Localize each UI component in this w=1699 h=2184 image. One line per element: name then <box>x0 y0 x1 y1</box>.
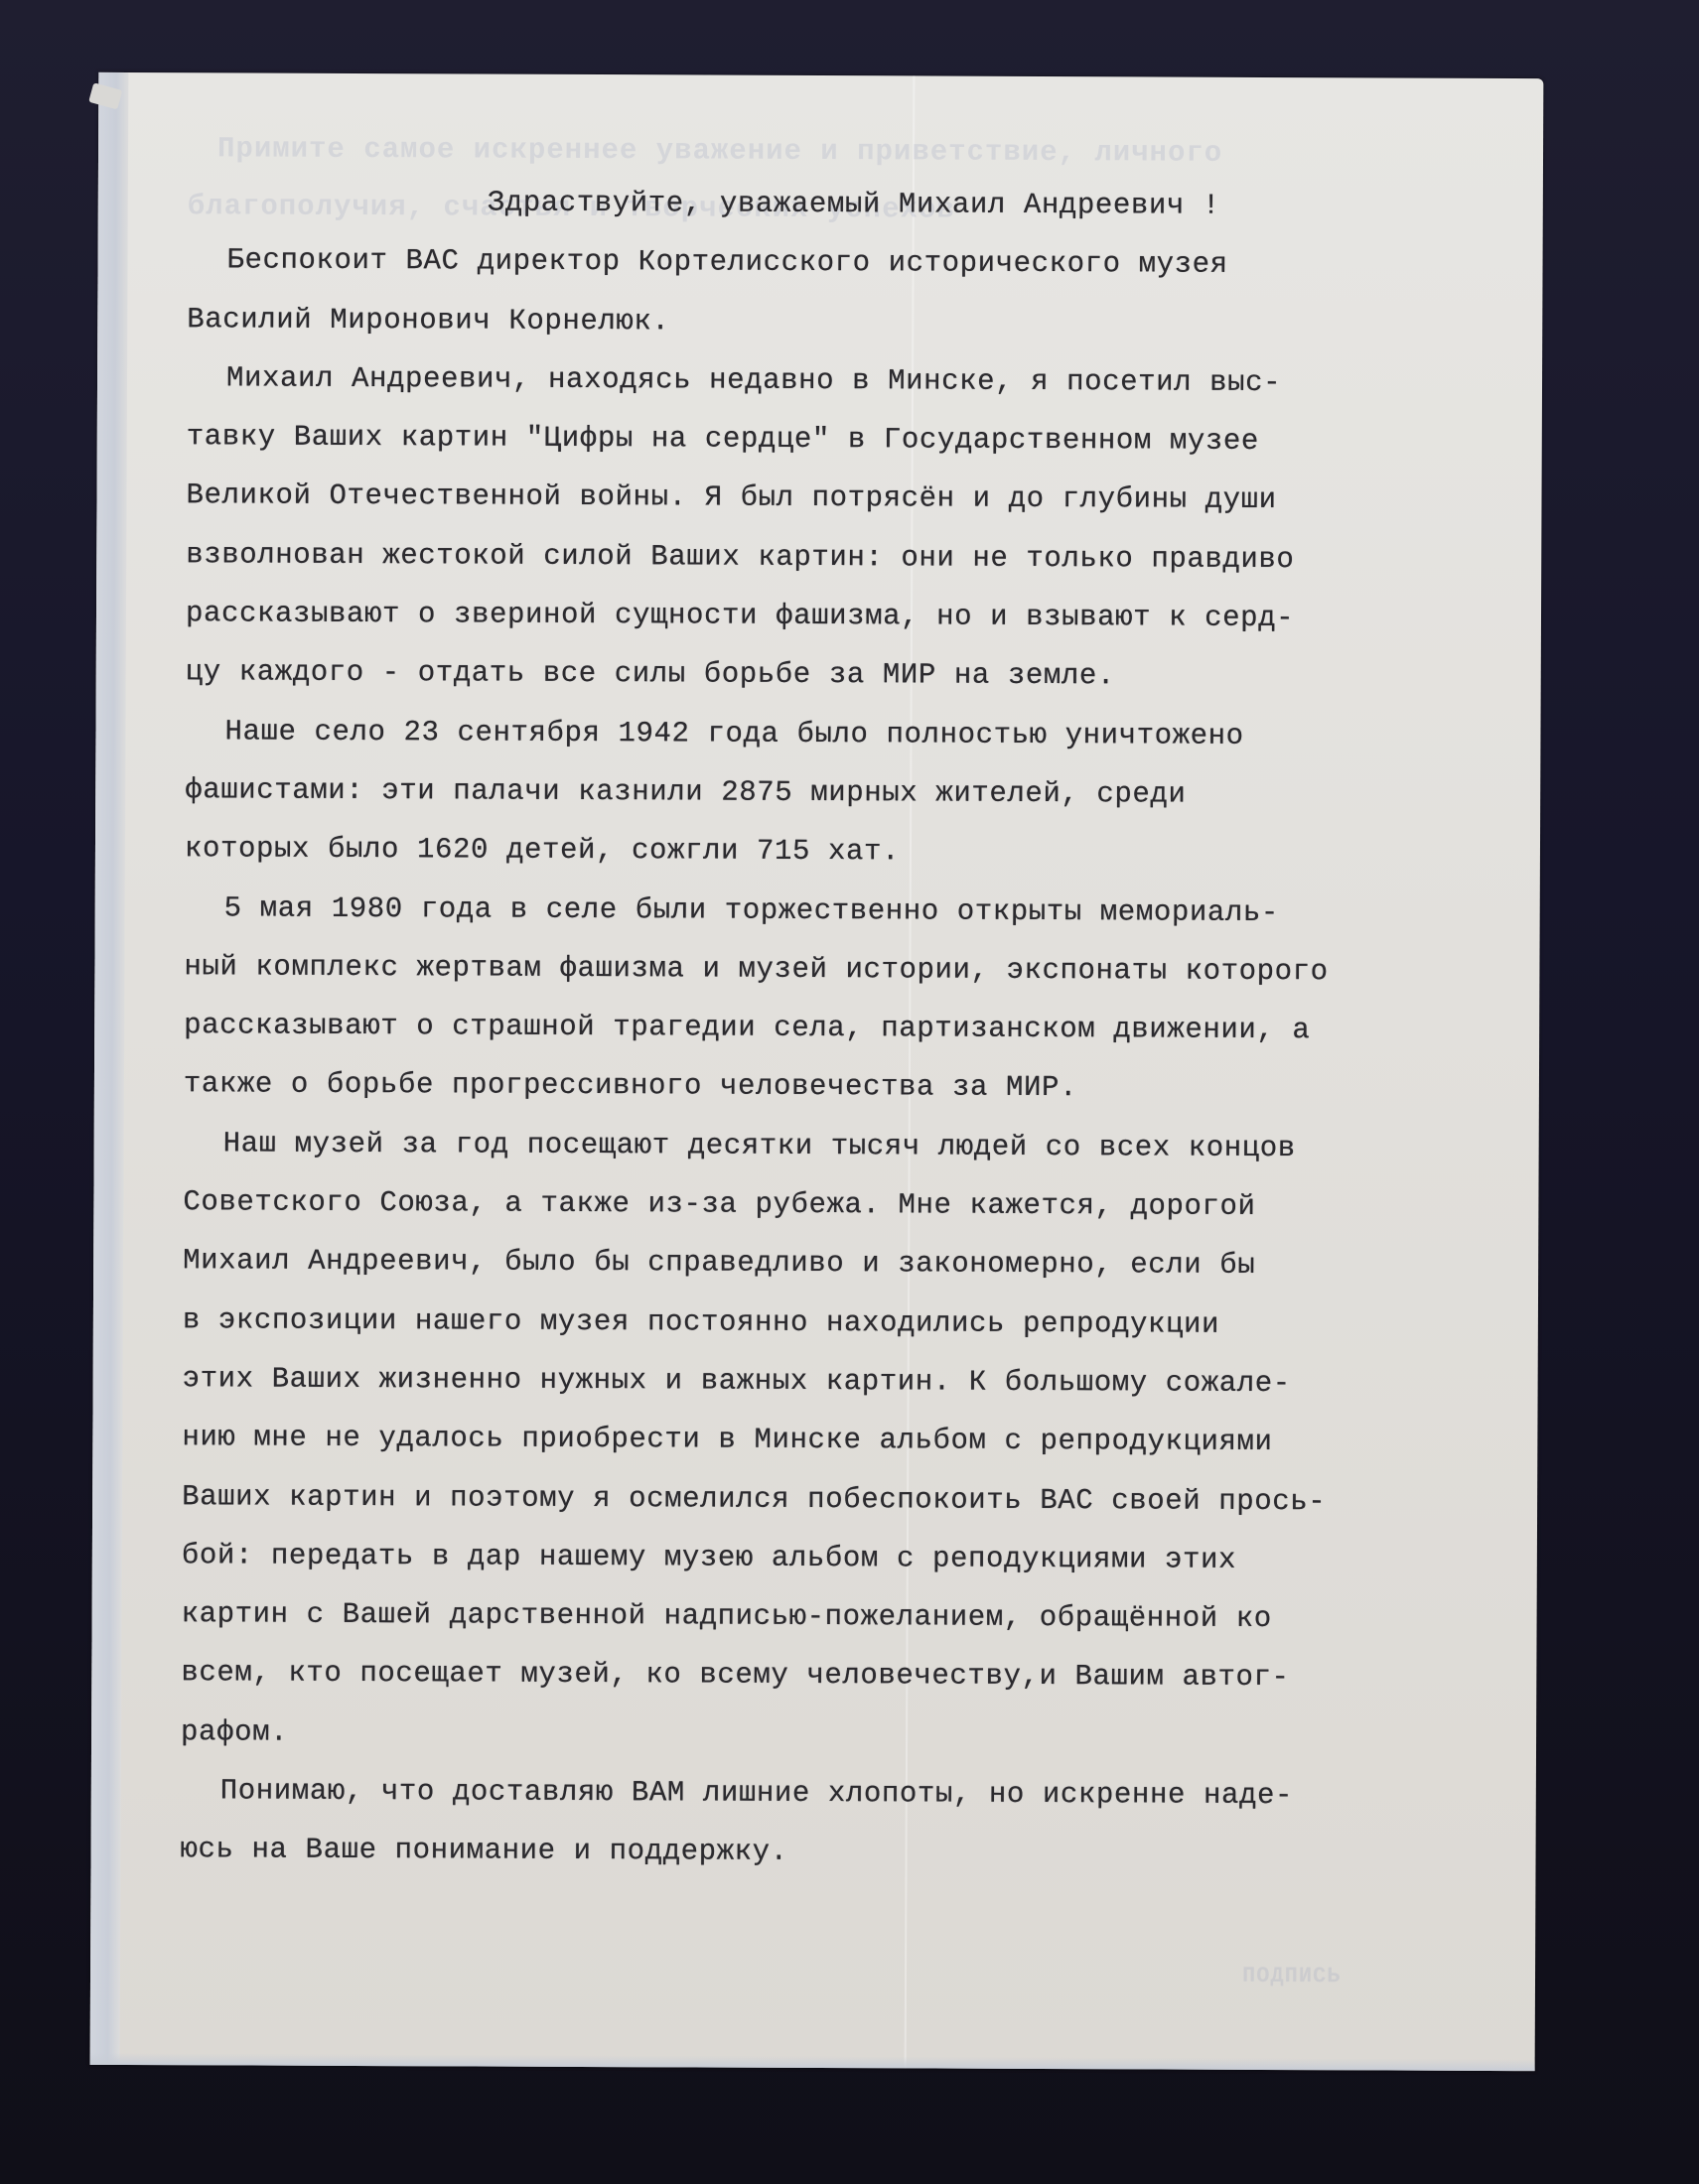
show-through-text: Примите самое искреннее уважение и приве… <box>217 132 1222 169</box>
letter-line: взволнован жестокой силой Ваших картин: … <box>186 525 1536 590</box>
letter-greeting: Здраствуйте, уважаемый Михаил Андреевич … <box>188 172 1538 236</box>
torn-corner <box>88 82 122 109</box>
letter-line: этих Ваших жизненно нужных и важных карт… <box>183 1349 1533 1414</box>
letter-paper: Примите самое искреннее уважение и приве… <box>90 72 1544 2071</box>
letter-line: ный комплекс жертвам фашизма и музей ист… <box>184 937 1534 1002</box>
letter-line: Михаил Андреевич, было бы справедливо и … <box>183 1232 1533 1297</box>
letter-line: Наш музей за год посещают десятки тысяч … <box>184 1114 1534 1178</box>
show-through-text: ПОДПИСЬ <box>1242 1964 1342 1988</box>
letter-line: также о борьбе прогрессивного человечест… <box>184 1055 1534 1120</box>
letter-line: юсь на Ваше понимание и поддержку. <box>180 1821 1530 1885</box>
letter-line: рассказывают о страшной трагедии села, п… <box>184 996 1534 1060</box>
letter-line: рафом. <box>181 1703 1531 1767</box>
letter-line: 5 мая 1980 года в селе были торжественно… <box>185 879 1535 943</box>
letter-line: которых было 1620 детей, сожгли 715 хат. <box>185 819 1535 884</box>
letter-line: рассказывают о звериной сущности фашизма… <box>186 584 1536 648</box>
letter-line: Ваших картин и поэтому я осмелился побес… <box>182 1467 1532 1532</box>
letter-body: Здраствуйте, уважаемый Михаил Андреевич … <box>180 172 1537 1885</box>
letter-line: всем, кто посещает музей, ко всему челов… <box>181 1644 1531 1708</box>
letter-line: картин с Вашей дарственной надписью-поже… <box>181 1584 1531 1649</box>
letter-line: бой: передать в дар нашему музею альбом … <box>182 1526 1532 1590</box>
letter-line: тавку Ваших картин "Цифры на сердце" в Г… <box>187 407 1537 472</box>
letter-line: Михаил Андреевич, находясь недавно в Мин… <box>187 348 1537 413</box>
letter-line: Наше село 23 сентября 1942 года было пол… <box>185 702 1535 766</box>
letter-line: Великой Отечественной войны. Я был потря… <box>186 467 1536 531</box>
letter-line: в экспозиции нашего музея постоянно нахо… <box>183 1291 1533 1355</box>
letter-line: Беспокоит ВАС директор Кортелисского ист… <box>187 231 1537 296</box>
letter-line: Советского Союза, а также из-за рубежа. … <box>183 1172 1533 1237</box>
letter-line: фашистами: эти палачи казнили 2875 мирны… <box>185 760 1535 825</box>
letter-line: Понимаю, что доставляю ВАМ лишние хлопот… <box>181 1761 1531 1826</box>
letter-line: цу каждого - отдать все силы борьбе за М… <box>186 643 1536 708</box>
letter-line: Василий Миронович Корнелюк. <box>187 290 1537 354</box>
letter-line: нию мне не удалось приобрести в Минске а… <box>182 1408 1532 1472</box>
